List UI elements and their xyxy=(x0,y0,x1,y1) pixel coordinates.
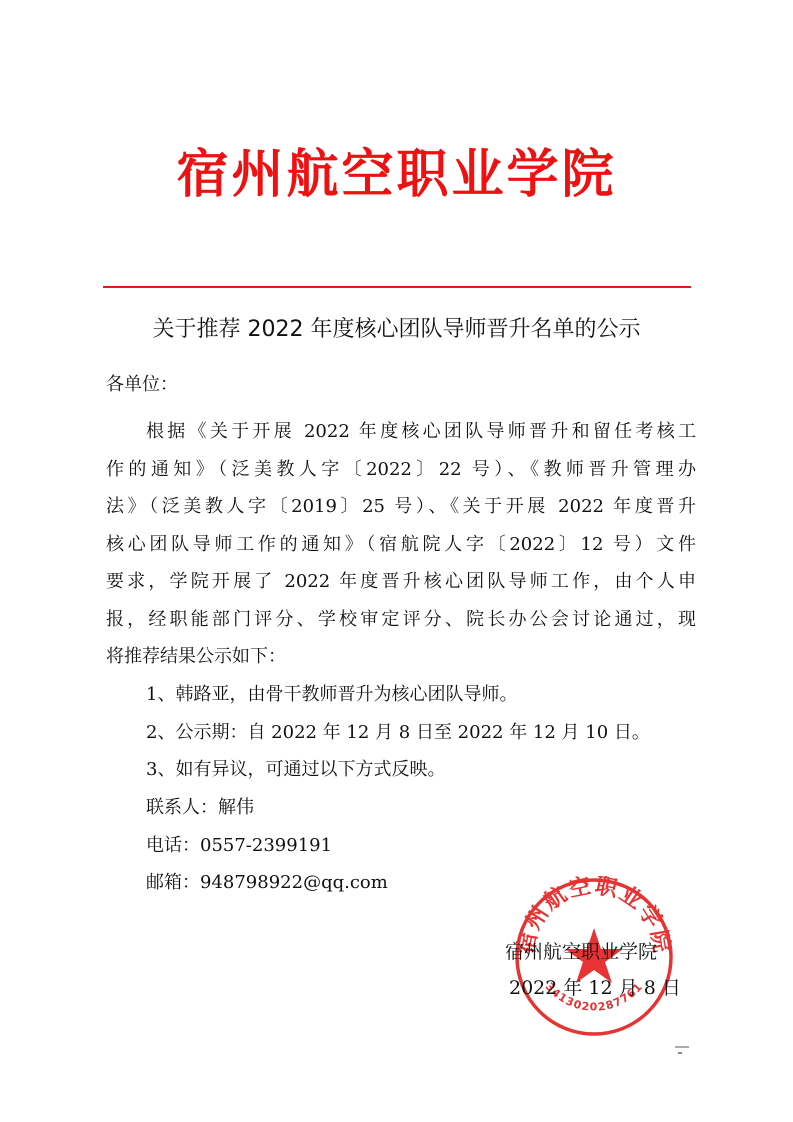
contact-person-label: 联系人： xyxy=(146,797,218,818)
signature-block: 宿州航空职业学院 2022 年 12 月 8 日 xyxy=(505,934,681,1006)
body-line: 报，经职能部门评分、学校审定评分、院长办公会讨论通过，现 xyxy=(106,601,696,639)
notice-item: 2、公示期：自 2022 年 12 月 8 日至 2022 年 12 月 10 … xyxy=(146,714,650,752)
contact-email-address: 948798922@qq.com xyxy=(200,872,388,893)
contact-phone-label: 电话： xyxy=(146,835,200,856)
contact-email-label: 邮箱： xyxy=(146,872,200,893)
notice-item: 3、如有异议，可通过以下方式反映。 xyxy=(146,751,650,789)
body-paragraph: 根据《关于开展 2022 年度核心团队导师晋升和留任考核工 作的通知》（泛美教人… xyxy=(106,413,696,676)
body-line: 要求，学院开展了 2022 年度晋升核心团队导师工作，由个人申 xyxy=(106,563,696,601)
letterhead-divider xyxy=(103,286,691,288)
body-line: 法》（泛美教人字〔2019〕25 号）、《关于开展 2022 年度晋升 xyxy=(106,488,696,526)
body-line: 核心团队导师工作的通知》（宿航院人字〔2022〕12 号）文件 xyxy=(106,526,696,564)
signature-issuer: 宿州航空职业学院 xyxy=(505,934,681,970)
body-line: 根据《关于开展 2022 年度核心团队导师晋升和留任考核工 xyxy=(106,413,696,451)
page-mark xyxy=(675,1046,689,1048)
body-line: 将推荐结果公示如下： xyxy=(106,638,696,676)
institution-letterhead: 宿州航空职业学院 xyxy=(0,140,793,210)
contact-phone: 电话：0557-2399191 xyxy=(146,827,650,865)
signature-date: 2022 年 12 月 8 日 xyxy=(505,970,681,1006)
contact-person-name: 解伟 xyxy=(218,797,254,818)
notice-item: 1、韩路亚，由骨干教师晋升为核心团队导师。 xyxy=(146,676,650,714)
contact-phone-number: 0557-2399191 xyxy=(200,835,332,856)
salutation: 各单位： xyxy=(106,370,178,400)
contact-person: 联系人：解伟 xyxy=(146,789,650,827)
body-line: 作的通知》（泛美教人字〔2022〕22 号）、《教师晋升管理办 xyxy=(106,451,696,489)
page-mark-dot xyxy=(678,1052,682,1054)
document-title: 关于推荐 2022 年度核心团队导师晋升名单的公示 xyxy=(0,314,793,346)
notice-items: 1、韩路亚，由骨干教师晋升为核心团队导师。 2、公示期：自 2022 年 12 … xyxy=(146,676,650,902)
